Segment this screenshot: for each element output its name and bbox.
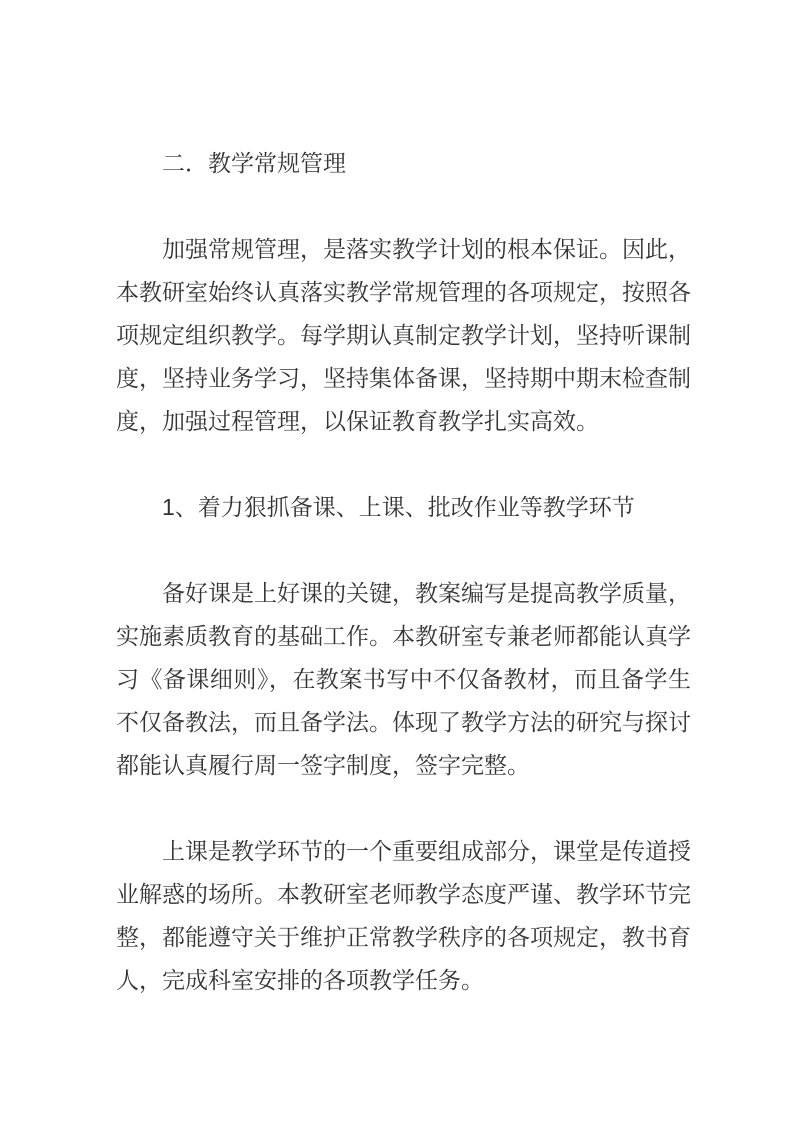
section-heading: 二．教学常规管理 <box>116 142 691 185</box>
paragraph-lesson-preparation: 备好课是上好课的关键，教案编写是提高教学质量，实施素质教育的基础工作。本教研室专… <box>116 572 691 787</box>
paragraph-teaching-management: 加强常规管理，是落实教学计划的根本保证。因此，本教研室始终认真落实教学常规管理的… <box>116 228 691 443</box>
document-page: 二．教学常规管理 加强常规管理，是落实教学计划的根本保证。因此，本教研室始终认真… <box>0 0 793 1122</box>
paragraph-classroom-teaching: 上课是教学环节的一个重要组成部分，课堂是传道授业解惑的场所。本教研室老师教学态度… <box>116 830 691 1002</box>
sub-heading-lesson-prep: 1、着力狠抓备课、上课、批改作业等教学环节 <box>116 486 691 529</box>
